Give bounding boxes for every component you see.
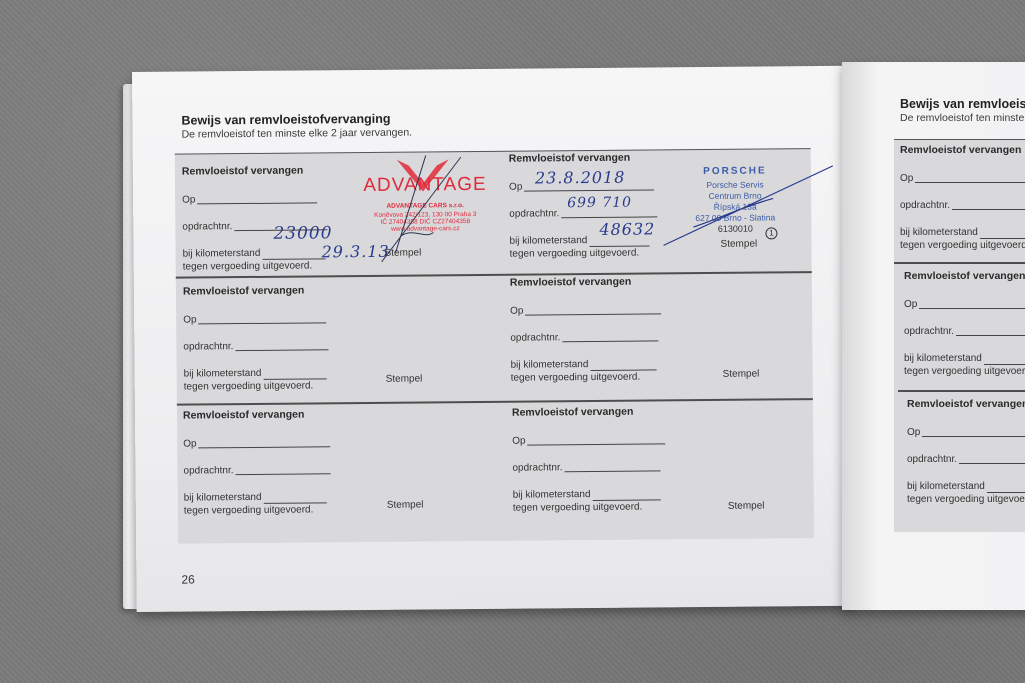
op-label: Op (904, 299, 917, 310)
cost-label: tegen vergoeding uitgevoerd. (900, 239, 1025, 252)
cost-label: tegen vergoeding uitgevoerd. (513, 500, 666, 514)
order-label: opdrachtnr. (183, 465, 233, 476)
entry-heading: Remvloeistof vervangen (512, 405, 665, 418)
entry-heading: Remvloeistof vervangen (907, 398, 1025, 410)
km-label: bij kilometerstand (184, 491, 262, 505)
entry-5: Remvloeistof vervangen Op opdrachtnr. bi… (183, 408, 331, 517)
order-label: opdrachtnr. (183, 341, 233, 352)
page-number: 26 (181, 572, 194, 586)
op-field[interactable] (922, 436, 1025, 437)
km-label: bij kilometerstand (513, 488, 591, 502)
op-label: Op (183, 438, 196, 449)
row-separator (898, 390, 1025, 392)
entry-heading: Remvloeistof vervangen (510, 275, 661, 288)
entry-3: Remvloeistof vervangen Op opdrachtnr. bi… (183, 284, 329, 393)
order-field[interactable] (236, 473, 331, 475)
op-field[interactable] (199, 446, 331, 448)
page-subtitle: De remvloeistof ten minste elke 2 jaar v… (900, 112, 1025, 124)
entry-heading: Remvloeistof vervangen (183, 408, 330, 421)
order-field[interactable] (959, 463, 1025, 464)
stamp-label: Stempel (728, 500, 765, 511)
km-label: bij kilometerstand (900, 226, 978, 239)
stamp-label: Stempel (723, 369, 760, 380)
entry-6: Remvloeistof vervangen Op opdrachtnr. bi… (512, 405, 666, 514)
order-field[interactable] (565, 470, 661, 472)
entry-1: Remvloeistof vervangen Op opdrachtnr. bi… (900, 144, 1025, 252)
km-label: bij kilometerstand (511, 358, 589, 372)
op-label: Op (900, 173, 913, 184)
km-label: bij kilometerstand (907, 480, 985, 493)
cost-label: tegen vergoeding uitgevoerd. (904, 365, 1025, 378)
order-field[interactable] (956, 335, 1025, 336)
order-field[interactable] (952, 209, 1025, 210)
stamp-label: Stempel (387, 499, 424, 510)
order-label: opdrachtnr. (907, 454, 957, 465)
order-field[interactable] (235, 349, 328, 351)
order-label: opdrachtnr. (900, 200, 950, 211)
entry-heading: Remvloeistof vervangen (900, 144, 1025, 156)
cost-label: tegen vergoeding uitgevoerd. (184, 503, 331, 517)
page-title: Bewijs van remvloeistofvervanging (900, 97, 1025, 111)
op-field[interactable] (915, 182, 1025, 183)
order-label: opdrachtnr. (904, 326, 954, 337)
op-field[interactable] (199, 322, 327, 324)
op-label: Op (512, 436, 525, 447)
km-label: bij kilometerstand (184, 367, 262, 381)
entry-heading: Remvloeistof vervangen (183, 284, 328, 297)
left-page: Bewijs van remvloeistofvervanging De rem… (132, 66, 852, 612)
op-field[interactable] (528, 443, 666, 445)
cost-label: tegen vergoeding uitgevoerd. (511, 370, 662, 384)
km-label: bij kilometerstand (904, 352, 982, 365)
entry-3: Remvloeistof vervangen Op opdrachtnr. bi… (907, 398, 1025, 506)
op-label: Op (183, 314, 196, 325)
order-label: opdrachtnr. (512, 462, 562, 473)
row-separator (894, 262, 1025, 264)
cost-label: tegen vergoeding uitgevoerd. (184, 379, 329, 393)
order-field[interactable] (562, 340, 658, 342)
entry-heading: Remvloeistof vervangen (904, 270, 1025, 282)
op-label: Op (907, 427, 920, 438)
op-label: Op (510, 306, 523, 317)
order-label: opdrachtnr. (510, 332, 560, 343)
entry-4: Remvloeistof vervangen Op opdrachtnr. bi… (510, 275, 662, 384)
entry-2: Remvloeistof vervangen Op opdrachtnr. bi… (904, 270, 1025, 378)
cost-label: tegen vergoeding uitgevoerd. (907, 493, 1025, 506)
right-page: Bewijs van remvloeistofvervanging De rem… (842, 62, 1025, 610)
stamp-label: Stempel (386, 373, 423, 384)
op-field[interactable] (919, 308, 1025, 309)
op-field[interactable] (525, 313, 661, 315)
